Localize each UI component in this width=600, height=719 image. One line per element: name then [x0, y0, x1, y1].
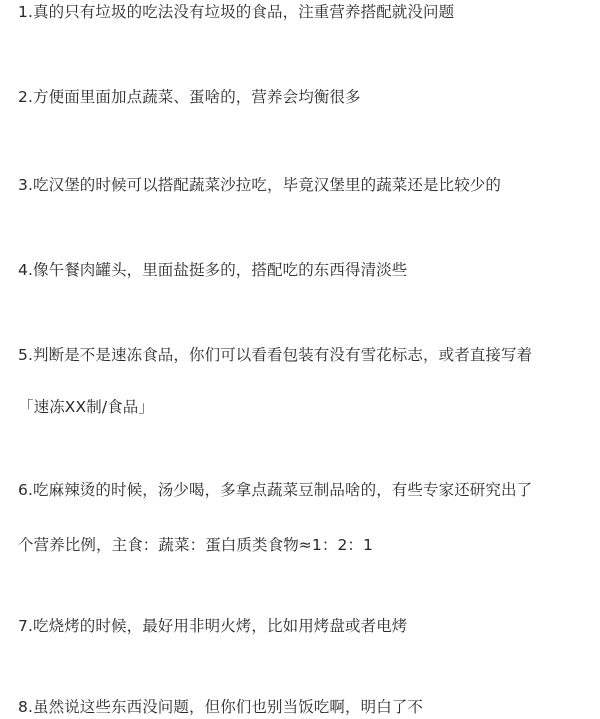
tip-5: 5.判断是不是速冻食品，你们可以看看包装有没有雪花标志，或者直接写着: [18, 345, 532, 365]
tip-1: 1.真的只有垃圾的吃法没有垃圾的食品，注重营养搭配就没问题: [18, 2, 454, 22]
tip-5-continued: 「速冻XX制/食品」: [18, 397, 154, 417]
tip-6-continued: 个营养比例，主食：蔬菜：蛋白质类食物≈1：2：1: [18, 535, 373, 555]
tip-6: 6.吃麻辣烫的时候，汤少喝，多拿点蔬菜豆制品啥的，有些专家还研究出了: [18, 480, 532, 500]
tip-8: 8.虽然说这些东西没问题，但你们也别当饭吃啊，明白了不: [18, 697, 423, 717]
tip-7: 7.吃烧烤的时候，最好用非明火烤，比如用烤盘或者电烤: [18, 616, 407, 636]
tip-3: 3.吃汉堡的时候可以搭配蔬菜沙拉吃，毕竟汉堡里的蔬菜还是比较少的: [18, 175, 501, 195]
tip-4: 4.像午餐肉罐头，里面盐挺多的，搭配吃的东西得清淡些: [18, 260, 407, 280]
tip-2: 2.方便面里面加点蔬菜、蛋啥的，营养会均衡很多: [18, 87, 361, 107]
